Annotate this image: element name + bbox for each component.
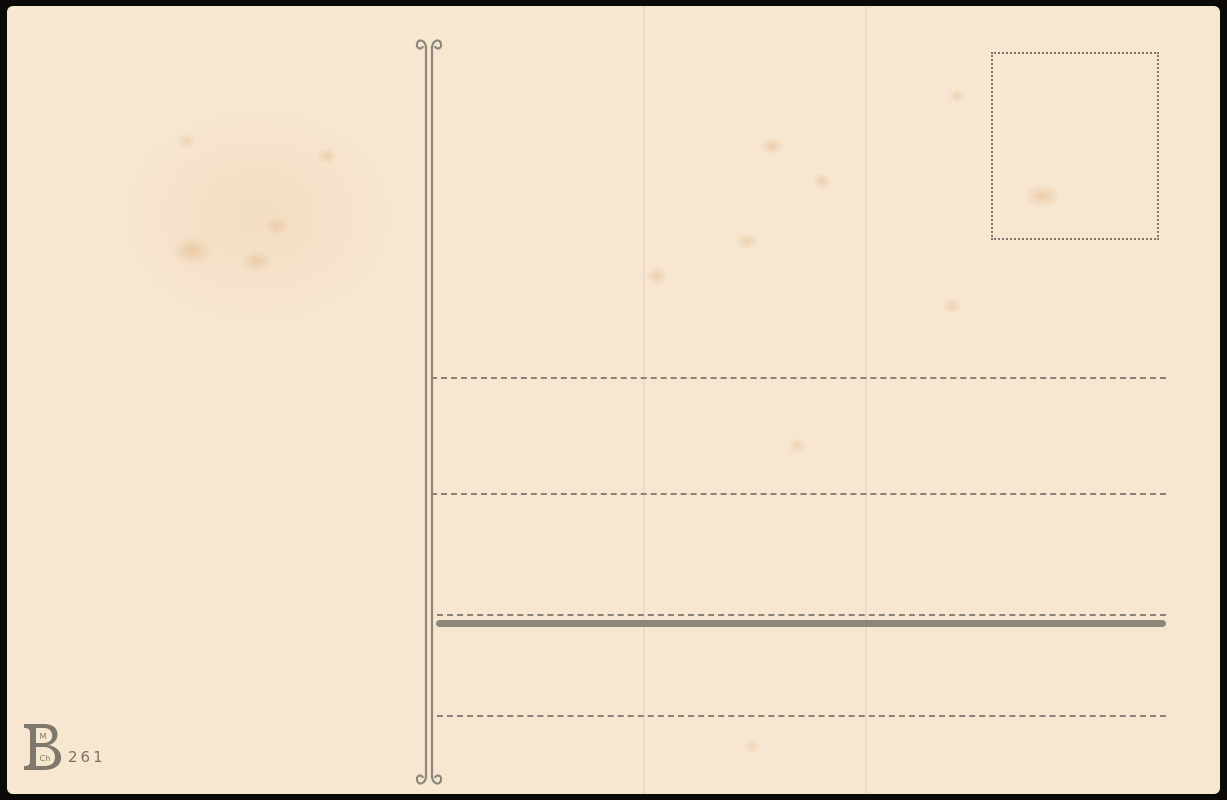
stamp-box [991, 52, 1159, 240]
serial-number: 261 [68, 748, 106, 766]
paper-crease [865, 6, 867, 794]
address-underline-thick [436, 620, 1166, 627]
paper-crease [643, 6, 645, 794]
svg-text:Ch: Ch [40, 754, 51, 763]
svg-text:M: M [40, 732, 47, 741]
address-line-1 [431, 377, 1166, 379]
address-line-4 [437, 715, 1166, 717]
postcard-back: M Ch 261 [7, 6, 1220, 794]
address-line-3 [437, 614, 1166, 616]
publisher-logo-icon: M Ch [22, 720, 64, 772]
ornamental-divider [414, 38, 444, 786]
address-line-2 [431, 493, 1166, 495]
